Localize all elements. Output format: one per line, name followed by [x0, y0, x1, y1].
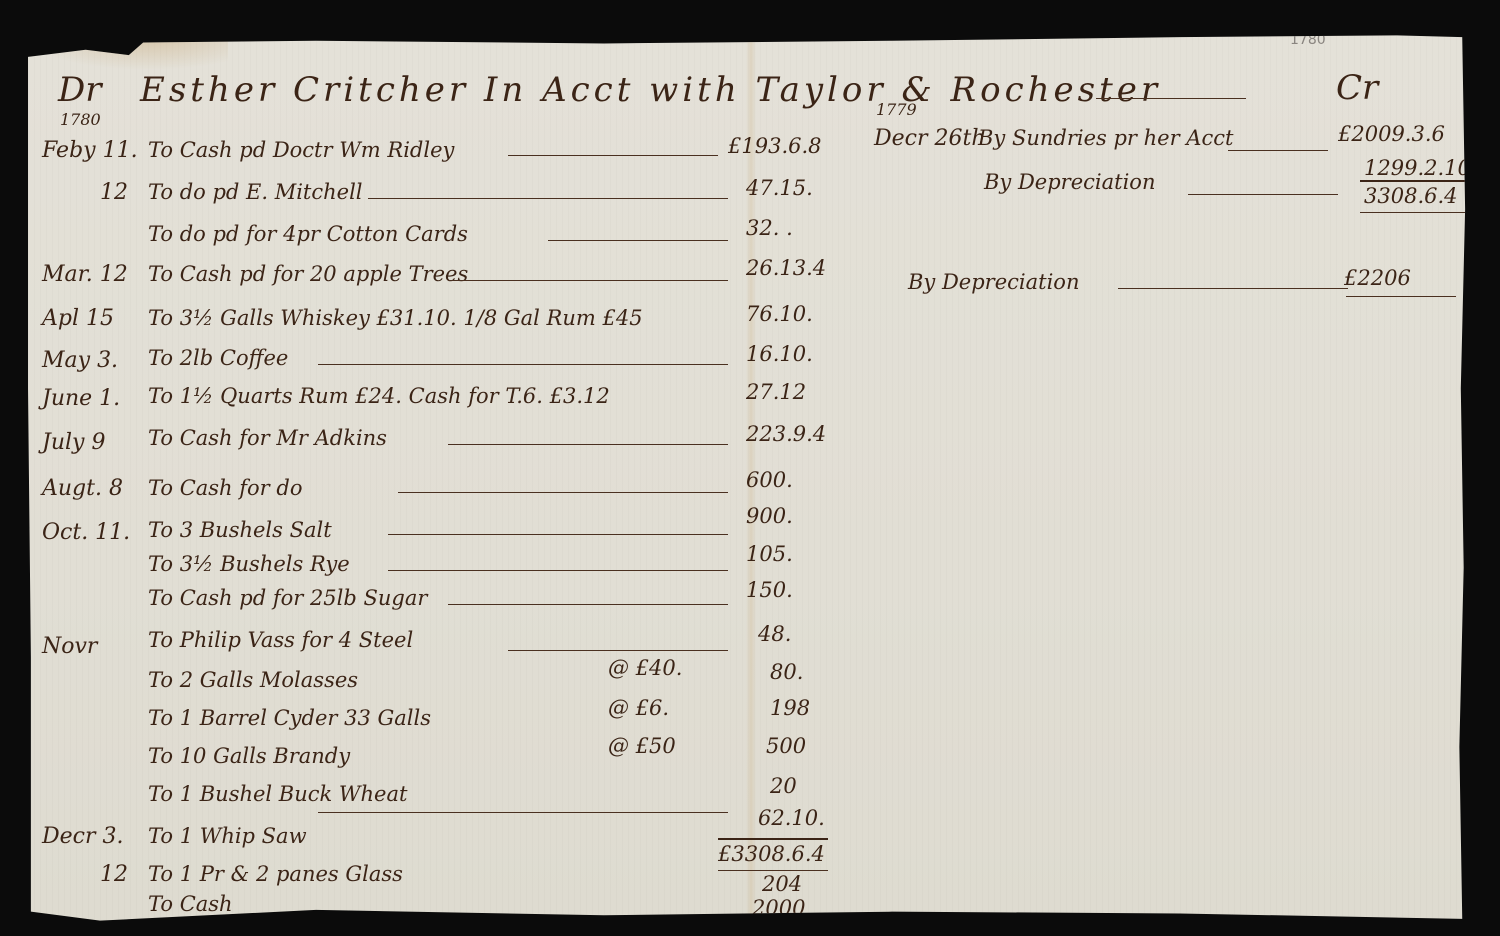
credit-total: 3308.6.4	[1364, 184, 1458, 208]
leader-line	[508, 650, 728, 651]
leader-line	[398, 492, 728, 493]
leader-line	[1118, 288, 1348, 289]
ledger-page: 1780 Dr Esther Critcher In Acct with Tay…	[28, 30, 1468, 926]
entry-amount: 223.9.4	[746, 422, 826, 446]
entry-description: To 1 Whip Saw	[148, 824, 307, 848]
account-title: Esther Critcher In Acct with Taylor & Ro…	[140, 70, 1161, 110]
credit-entry-description: By Sundries pr her Acct	[978, 126, 1233, 150]
entry-amount: 20	[770, 774, 797, 798]
entry-description: To Cash	[148, 892, 233, 916]
entry-description: To Cash for Mr Adkins	[148, 426, 387, 450]
entry-amount: 105.	[746, 542, 793, 566]
entry-amount: 76.10.	[746, 302, 813, 326]
credit-extra-amount: £2206	[1344, 266, 1411, 290]
leader-line	[448, 604, 728, 605]
entry-date: July 9	[42, 430, 105, 455]
entry-description: To 2 Galls Molasses	[148, 668, 358, 692]
entry-description: To Cash pd Doctr Wm Ridley	[148, 138, 454, 162]
entry-description: To 3½ Bushels Rye	[148, 552, 350, 576]
entry-amount: 16.10.	[746, 342, 813, 366]
entry-amount: 47.15.	[746, 176, 813, 200]
entry-description: To 1 Barrel Cyder 33 Galls	[148, 706, 431, 730]
entry-amount: 150.	[746, 578, 793, 602]
entry-amount: 198	[770, 696, 810, 720]
leader-line	[388, 570, 728, 571]
entry-description: To Philip Vass for 4 Steel	[148, 628, 413, 652]
credit-year: 1779	[876, 100, 917, 119]
entry-date: Decr 3.	[42, 824, 123, 849]
leader-line	[508, 155, 718, 156]
credit-entry-amount: 1299.2.10	[1364, 156, 1471, 180]
leader-line	[448, 280, 728, 281]
pencil-year-note: 1780	[1290, 32, 1326, 48]
leader-line	[1188, 194, 1338, 195]
entry-date: May 3.	[42, 348, 118, 373]
header-dash	[1096, 98, 1246, 99]
entry-description: To Cash for do	[148, 476, 302, 500]
entry-rate: @ £50	[608, 734, 676, 758]
entry-amount: 2000	[752, 896, 805, 920]
entry-amount: 900.	[746, 504, 793, 528]
debit-total: £3308.6.4	[718, 842, 825, 866]
entry-amount: 600.	[746, 468, 793, 492]
entry-date: Augt. 8	[42, 476, 123, 501]
entry-date: 12	[100, 180, 128, 205]
leader-line	[368, 198, 728, 199]
total-rule	[718, 838, 828, 840]
entry-date: Feby 11.	[42, 138, 138, 163]
paper-stain	[28, 30, 228, 70]
leader-line	[448, 444, 728, 445]
entry-description: To Cash pd for 20 apple Trees	[148, 262, 468, 286]
entry-amount: 48.	[758, 622, 791, 646]
leader-line	[1228, 150, 1328, 151]
credit-entry-amount: £2009.3.6	[1338, 122, 1445, 146]
leader-line	[318, 812, 728, 813]
entry-description: To do pd for 4pr Cotton Cards	[148, 222, 468, 246]
entry-amount: 27.12	[746, 380, 806, 404]
credit-extra-description: By Depreciation	[908, 270, 1079, 294]
entry-amount: 62.10.	[758, 806, 825, 830]
entry-rate: @ £40.	[608, 656, 682, 680]
entry-description: To 1½ Quarts Rum £24. Cash for T.6. £3.1…	[148, 384, 610, 408]
entry-date: Novr	[42, 634, 97, 659]
entry-date: 12	[100, 862, 128, 887]
entry-amount: 500	[766, 734, 806, 758]
entry-description: To Cash pd for 25lb Sugar	[148, 586, 427, 610]
credit-entry-date: Decr 26th	[874, 126, 986, 151]
debit-year: 1780	[60, 110, 101, 129]
entry-description: To 1 Pr & 2 panes Glass	[148, 862, 403, 886]
credit-extra-underline	[1346, 296, 1456, 297]
entry-description: To 3 Bushels Salt	[148, 518, 332, 542]
entry-date: Apl 15	[42, 306, 114, 331]
leader-line	[548, 240, 728, 241]
entry-amount: 26.13.4	[746, 256, 826, 280]
entry-amount: 80.	[770, 660, 803, 684]
entry-description: To do pd E. Mitchell	[148, 180, 363, 204]
credit-total-rule	[1360, 180, 1476, 182]
total-underline	[718, 870, 828, 871]
credit-heading: Cr	[1336, 68, 1378, 108]
entry-description: To 3½ Galls Whiskey £31.10. 1/8 Gal Rum …	[148, 306, 643, 330]
entry-date: June 1.	[42, 386, 120, 411]
credit-entry-description: By Depreciation	[984, 170, 1155, 194]
debit-heading: Dr	[58, 70, 102, 110]
credit-total-underline	[1360, 212, 1476, 213]
leader-line	[318, 364, 728, 365]
entry-description: To 10 Galls Brandy	[148, 744, 350, 768]
entry-amount: 204	[762, 872, 802, 896]
entry-amount: £193.6.8	[728, 134, 822, 158]
entry-date: Oct. 11.	[42, 520, 130, 545]
entry-description: To 2lb Coffee	[148, 346, 288, 370]
entry-rate: @ £6.	[608, 696, 669, 720]
entry-amount: 32. .	[746, 216, 793, 240]
leader-line	[388, 534, 728, 535]
entry-date: Mar. 12	[42, 262, 128, 287]
entry-description: To 1 Bushel Buck Wheat	[148, 782, 407, 806]
